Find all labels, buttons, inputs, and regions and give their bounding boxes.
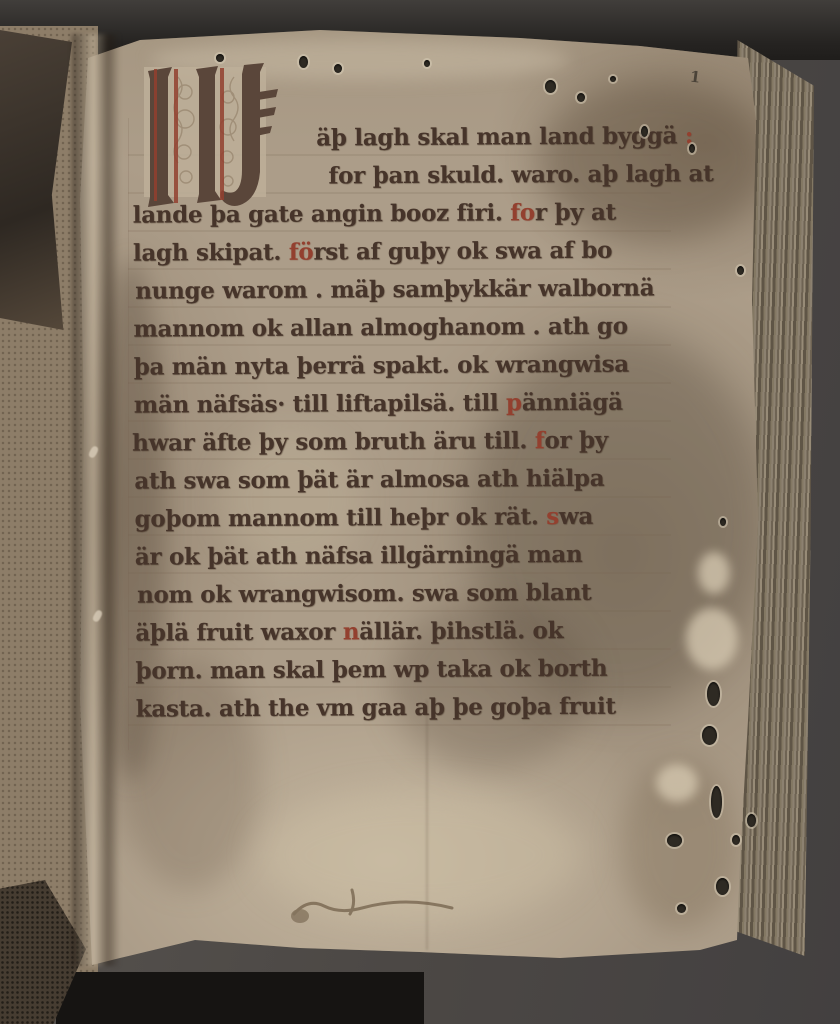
worm-hole bbox=[711, 786, 722, 818]
manuscript-photo: M äþ l bbox=[0, 0, 840, 1024]
ink-text: änniägä bbox=[522, 389, 623, 417]
ink-text: ath swa som þät är almosa ath hiälpa bbox=[134, 465, 604, 495]
ink-text: kasta. ath the vm gaa aþ þe goþa fruit bbox=[136, 693, 616, 723]
worm-hole bbox=[216, 54, 224, 62]
worm-hole bbox=[299, 56, 308, 68]
ink-text: wa bbox=[559, 503, 593, 530]
worm-hole bbox=[720, 518, 726, 526]
manuscript-line: kasta. ath the vm gaa aþ þe goþa fruit bbox=[136, 687, 676, 728]
folio-number: 1 bbox=[689, 67, 702, 86]
worm-hole bbox=[610, 76, 616, 82]
manuscript-line: for þan skuld. waro. aþ lagh at bbox=[328, 155, 672, 195]
worm-hole bbox=[677, 904, 686, 913]
rubricated-text: fo bbox=[510, 199, 535, 226]
background-shadow-bottom bbox=[56, 972, 424, 1024]
ink-text: mannom ok allan almoghanom . ath go bbox=[133, 313, 627, 343]
manuscript-line: äþ lagh skal man land byggä : bbox=[316, 117, 672, 157]
worm-hole bbox=[689, 144, 695, 153]
manuscript-line: mannom ok allan almoghanom . ath go bbox=[133, 307, 673, 348]
rubricated-text: fö bbox=[289, 239, 314, 266]
ink-text: þa män nyta þerrä spakt. ok wrangwisa bbox=[134, 351, 629, 381]
ink-text: hwar äfte þy som bruth äru till. bbox=[132, 427, 535, 456]
worm-hole bbox=[334, 64, 342, 73]
text-block: äþ lagh skal man land byggä :for þan sku… bbox=[132, 117, 676, 728]
manuscript-line: nom ok wrangwisom. swa som blant bbox=[137, 573, 675, 614]
wear-patch bbox=[686, 608, 738, 670]
manuscript-line: äþlä fruit waxor nällär. þihstlä. ok bbox=[135, 611, 675, 652]
ink-text: r þy at bbox=[535, 199, 616, 226]
worm-hole bbox=[667, 834, 682, 847]
worm-hole bbox=[545, 80, 556, 93]
rubricated-text: f bbox=[535, 427, 545, 454]
rubricated-text: p bbox=[506, 389, 522, 416]
manuscript-line: þa män nyta þerrä spakt. ok wrangwisa bbox=[134, 345, 674, 386]
ink-text: nunge warom . mäþ samþykkär walbornä bbox=[135, 274, 654, 304]
wear-patch bbox=[656, 764, 698, 802]
ink-text: är ok þät ath näfsa illgärningä man bbox=[135, 541, 583, 571]
worm-hole bbox=[747, 814, 756, 827]
ink-text: or þy bbox=[544, 427, 608, 454]
ink-text: goþom mannom till heþr ok rät. bbox=[134, 503, 546, 533]
manuscript-line: är ok þät ath näfsa illgärningä man bbox=[135, 535, 675, 576]
worm-hole bbox=[732, 835, 740, 845]
worm-hole bbox=[737, 266, 744, 275]
manuscript-line: ath swa som þät är almosa ath hiälpa bbox=[134, 459, 674, 500]
worm-hole bbox=[424, 60, 430, 67]
wear-patch bbox=[698, 552, 730, 594]
manuscript-line: þorn. man skal þem wp taka ok borth bbox=[135, 649, 675, 690]
gutter-fold bbox=[72, 34, 120, 966]
manuscript-line: män näfsäs· till liftapilsä. till pänniä… bbox=[134, 383, 674, 424]
manuscript-line: hwar äfte þy som bruth äru till. for þy bbox=[132, 421, 674, 462]
ink-text: rst af guþy ok swa af bo bbox=[313, 237, 612, 266]
ink-text: þorn. man skal þem wp taka ok borth bbox=[135, 655, 607, 685]
ink-text: lande þa gate angin booz firi. bbox=[133, 199, 511, 228]
ink-text: lagh skipat. bbox=[133, 239, 289, 267]
worm-hole bbox=[702, 726, 717, 745]
worm-hole bbox=[577, 93, 585, 102]
manuscript-line: lagh skipat. först af guþy ok swa af bo bbox=[133, 231, 673, 272]
worm-hole bbox=[641, 126, 648, 137]
ink-text: ällär. þihstlä. ok bbox=[359, 617, 563, 645]
worm-hole bbox=[707, 682, 720, 706]
rubricated-text: n bbox=[343, 618, 360, 645]
ink-text: nom ok wrangwisom. swa som blant bbox=[137, 579, 591, 609]
ink-text: män näfsäs· till liftapilsä. till bbox=[134, 389, 506, 418]
manuscript-line: nunge warom . mäþ samþykkär walbornä bbox=[135, 269, 673, 310]
ink-text: äþ lagh skal man land byggä bbox=[316, 122, 677, 151]
worm-hole bbox=[716, 878, 729, 895]
ink-text: äþlä fruit waxor bbox=[135, 618, 343, 646]
ink-text: for þan skuld. waro. aþ lagh at bbox=[328, 160, 713, 189]
manuscript-line: lande þa gate angin booz firi. for þy at bbox=[133, 193, 673, 234]
ink-doodle bbox=[286, 880, 476, 936]
rubricated-text: s bbox=[546, 503, 559, 530]
manuscript-line: goþom mannom till heþr ok rät. swa bbox=[134, 497, 674, 538]
